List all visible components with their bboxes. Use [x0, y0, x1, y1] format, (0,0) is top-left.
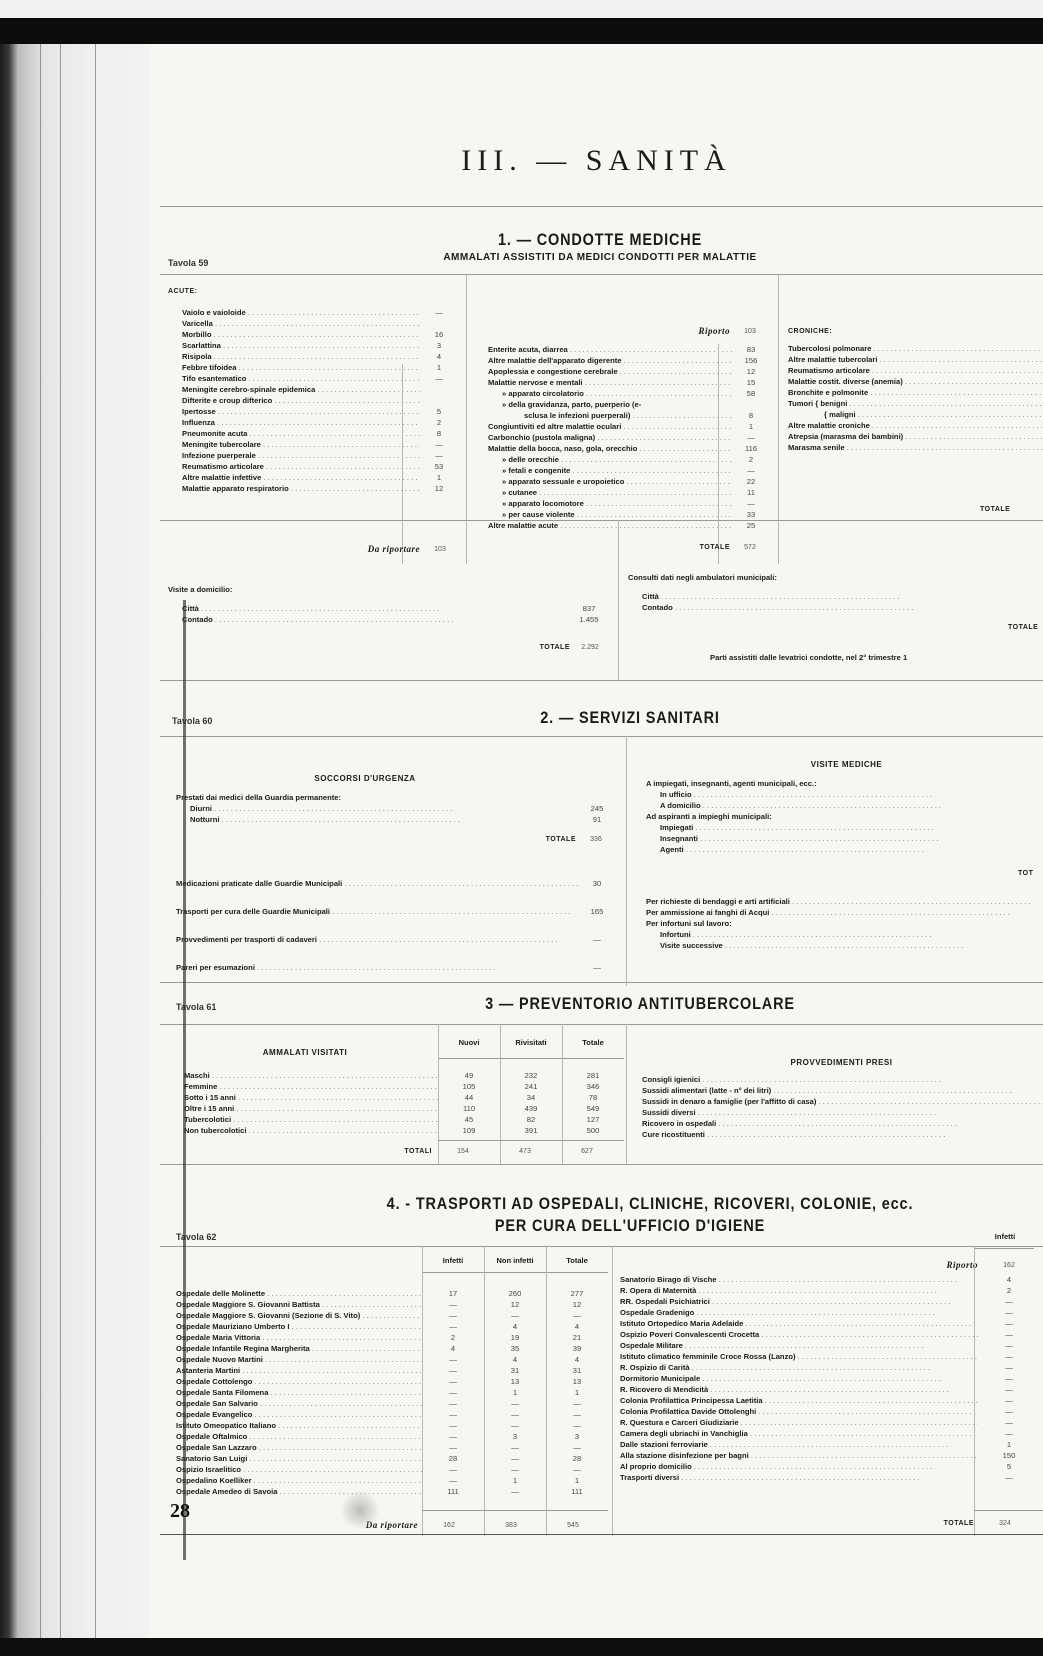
visite-domicilio-list: Visite a domicilio: Città837 Contado1.45… — [168, 584, 608, 625]
divider — [160, 680, 1043, 681]
table-row: Altre malattie infettive1 — [168, 472, 458, 483]
acute-list-2: Enterite acuta, diarrea83 Altre malattie… — [488, 344, 770, 531]
table-row: Diurni245 — [176, 803, 616, 814]
scan-top-border — [0, 0, 1043, 18]
scan-smudge — [340, 1490, 380, 1530]
divider — [160, 274, 1043, 275]
ammalati-heading: AMMALATI VISITATI — [180, 1048, 430, 1057]
table-row: Astanteria Martini—3131 — [176, 1365, 608, 1376]
total-row: TOTALE — [1008, 624, 1038, 631]
table-row: Città — [628, 591, 1043, 602]
table-row: Città837 — [168, 603, 608, 614]
total-row: TOT — [1018, 870, 1033, 877]
table-row: Ospedale San Lazzaro——— — [176, 1442, 608, 1453]
column-rule — [562, 1024, 563, 1164]
total-row: TOTALE 324 — [850, 1520, 1036, 1527]
divider — [160, 1024, 1043, 1025]
column-rule — [484, 1246, 485, 1536]
acute-heading: ACUTE: — [168, 286, 458, 297]
table-row: Colonia Profilattica Davide Ottolenghi— — [620, 1406, 1040, 1417]
table-row: R. Questura e Carceri Giudiziarie— — [620, 1417, 1040, 1428]
scan-dark-band — [0, 18, 1043, 44]
table-row: » apparato sessuale e uropoietico22 — [488, 476, 770, 487]
table-row: Ospizio Poveri Convalescenti Crocetta— — [620, 1329, 1040, 1340]
provvedimenti-list: Consigli igienici Sussidi alimentari (la… — [642, 1074, 1043, 1140]
table-row: Congiuntiviti ed altre malattie oculari1 — [488, 421, 770, 432]
table-row: Reumatismo articolare53 — [168, 461, 458, 472]
table-row: Impiegati — [646, 822, 1043, 833]
croniche-list: CRONICHE: Tubercolosi polmonare Altre ma… — [788, 326, 1043, 453]
spine-line — [60, 44, 61, 1656]
table-row: Altre malattie acute25 — [488, 520, 770, 531]
table-row: Visite successive — [646, 940, 1043, 951]
table-row: Ospedale Nuovo Martini—44 — [176, 1354, 608, 1365]
table-row: » cutanee11 — [488, 487, 770, 498]
table-row: Trasporti diversi— — [620, 1472, 1040, 1483]
table-row: Alla stazione disinfezione per bagni150 — [620, 1450, 1040, 1461]
table-row: Morbillo16 — [168, 329, 458, 340]
parti-line: Parti assistiti dalle levatrici condotte… — [710, 652, 1043, 663]
table-row: Ospizio Israelitico——— — [176, 1464, 608, 1475]
table-row: R. Opera di Maternità2 — [620, 1285, 1040, 1296]
soccorsi-list: Prestati dai medici della Guardia perman… — [176, 792, 616, 825]
column-rule — [626, 1024, 627, 1164]
book-spine-shadow — [0, 44, 150, 1656]
column-headers: Infetti — [974, 1232, 1036, 1241]
table-row: Trasporti per cura delle Guardie Municip… — [176, 898, 616, 926]
table-row: Cure ricostituenti — [642, 1129, 1043, 1140]
scan-bottom-band — [0, 1638, 1043, 1656]
table-row: Ospedale delle Molinette17260277 — [176, 1288, 608, 1299]
column-rule — [974, 1246, 975, 1536]
table-row: Ipertosse5 — [168, 406, 458, 417]
table-row: Meningite cerebro-spinale epidemica — [168, 384, 458, 395]
section-4-title: 4. - TRASPORTI AD OSPEDALI, CLINICHE, RI… — [378, 1194, 922, 1214]
table-row: Difterite e croup difterico — [168, 395, 458, 406]
table-row: Ospedale Mauriziano Umberto I—44 — [176, 1321, 608, 1332]
table-row: Tubercolotici4582127 — [184, 1114, 624, 1125]
table-row: Meningite tubercolare— — [168, 439, 458, 450]
table-row: Insegnanti — [646, 833, 1043, 844]
table-row: » della gravidanza, parto, puerperio (e- — [488, 399, 770, 410]
table-row: Malattie della bocca, naso, gola, orecch… — [488, 443, 770, 454]
table-row: Enterite acuta, diarrea83 — [488, 344, 770, 355]
table-row: Camera degli ubriachi in Vanchiglia— — [620, 1428, 1040, 1439]
table-row: Sanatorio San Luigi28—28 — [176, 1453, 608, 1464]
table-row: Carbonchio (pustola maligna)— — [488, 432, 770, 443]
consulti-heading: Consulti dati negli ambulatori municipal… — [628, 572, 1043, 583]
spine-line — [95, 44, 96, 1656]
table-row: Risipola4 — [168, 351, 458, 362]
table-row: Infortuni — [646, 929, 1043, 940]
divider — [438, 1058, 624, 1059]
table-row: sclusa le infezioni puerperali)8 — [488, 410, 770, 421]
carry-row: Da riportare 103 — [280, 544, 460, 554]
table-row: Infezione puerperale— — [168, 450, 458, 461]
total-row: TOTALE 2.292 — [460, 644, 610, 651]
visite-mediche-list: A impiegati, insegnanti, agenti municipa… — [646, 778, 1043, 855]
riporto-row: Riporto 103 — [480, 326, 770, 336]
section-1-subtitle: AMMALATI ASSISTITI DA MEDICI CONDOTTI PE… — [350, 252, 850, 263]
column-rule — [718, 344, 719, 564]
table-row: Altre malattie croniche — [788, 420, 1043, 431]
table-row: R. Ricovero di Mendicità— — [620, 1384, 1040, 1395]
table-row: A domicilio — [646, 800, 1043, 811]
provvedimenti-heading: PROVVEDIMENTI PRESI — [640, 1058, 1043, 1067]
table-row: Ospedale Infantile Regina Margherita4353… — [176, 1343, 608, 1354]
table-row: Scarlattina3 — [168, 340, 458, 351]
table-row: Vaiolo e vaioloide— — [168, 307, 458, 318]
column-headers: Nuovi Rivisitati Totale — [438, 1038, 624, 1047]
table-row: Ospedale Militare— — [620, 1340, 1040, 1351]
croniche-heading: CRONICHE: — [788, 326, 1043, 337]
table-row: Istituto climatico femminile Croce Rossa… — [620, 1351, 1040, 1362]
table-row: Maschi49232281 — [184, 1070, 624, 1081]
totals-row: TOTALI 154 473 627 — [350, 1148, 618, 1155]
table-row: Non tubercolotici109391500 — [184, 1125, 624, 1136]
total-row: TOTALE 572 — [590, 544, 770, 551]
divider — [974, 1510, 1043, 1511]
table-row: » delle orecchie2 — [488, 454, 770, 465]
divider — [160, 520, 1043, 521]
trasporti-list-right: Sanatorio Birago di Vische4 R. Opera di … — [620, 1274, 1040, 1483]
table-row: Ospedale Cottolengo—1313 — [176, 1376, 608, 1387]
column-rule — [612, 1246, 613, 1536]
riporto-row: Riporto 162 — [810, 1260, 1040, 1270]
document-page: III. — SANITÀ 1. — CONDOTTE MEDICHE AMMA… — [150, 44, 1043, 1656]
table-row: Colonia Profilattica Principessa Laetiti… — [620, 1395, 1040, 1406]
divider — [160, 736, 1043, 737]
table-row: In ufficio — [646, 789, 1043, 800]
table-row: Per ammissione ai fanghi di Acqui — [646, 907, 1043, 918]
column-rule — [402, 364, 403, 564]
table-row: { maligni — [788, 409, 1043, 420]
table-row: Apoplessia e congestione cerebrale12 — [488, 366, 770, 377]
table-row: Per richieste di bendaggi e arti artific… — [646, 896, 1043, 907]
column-headers: Infetti Non infetti Totale — [422, 1256, 608, 1265]
trasporti-list-left: Ospedale delle Molinette17260277 Ospedal… — [176, 1288, 608, 1497]
visite-mediche-other-list: Per richieste di bendaggi e arti artific… — [646, 896, 1043, 951]
divider — [160, 1534, 1043, 1535]
table-row: Ricovero in ospedali — [642, 1118, 1043, 1129]
table-row: Atrepsia (marasma dei bambini) — [788, 431, 1043, 442]
divider — [438, 1140, 624, 1141]
divider — [160, 1246, 1043, 1247]
section-3-title: 3 — PREVENTORIO ANTITUBERCOLARE — [445, 994, 836, 1014]
table-row: Ospedale Gradenigo— — [620, 1307, 1040, 1318]
table-row: Oltre i 15 anni110439549 — [184, 1103, 624, 1114]
table-row: Varicella — [168, 318, 458, 329]
table-row: Istituto Omeopatico Italiano——— — [176, 1420, 608, 1431]
table-row: Malattie nervose e mentali15 — [488, 377, 770, 388]
page-margin-rule — [183, 600, 186, 1560]
table-row: Istituto Ortopedico Maria Adelaide— — [620, 1318, 1040, 1329]
page-title: III. — SANITÀ — [150, 144, 1043, 178]
column-rule — [438, 1024, 439, 1164]
section-4-subtitle: PER CURA DELL'UFFICIO D'IGIENE — [443, 1216, 817, 1236]
table-row: Ospedale Maggiore S. Giovanni Battista—1… — [176, 1299, 608, 1310]
tavola-label: Tavola 60 — [172, 716, 212, 726]
acute-list-1: ACUTE: Vaiolo e vaioloide— Varicella Mor… — [168, 286, 458, 494]
table-row: Tubercolosi polmonare — [788, 343, 1043, 354]
column-rule — [500, 1024, 501, 1164]
table-row: Medicazioni praticate dalle Guardie Muni… — [176, 870, 616, 898]
table-row: Pneumonite acuta8 — [168, 428, 458, 439]
table-row: Contado1.455 — [168, 614, 608, 625]
table-row: RR. Ospedali Psichiatrici— — [620, 1296, 1040, 1307]
table-row: Pareri per esumazioni— — [176, 954, 616, 982]
soccorsi-heading: SOCCORSI D'URGENZA — [200, 774, 530, 783]
visite-heading: Visite a domicilio: — [168, 584, 608, 595]
table-row: Ospedale San Salvario——— — [176, 1398, 608, 1409]
table-row: Tumori { benigni — [788, 398, 1043, 409]
table-row: Dormitorio Municipale— — [620, 1373, 1040, 1384]
tavola-label: Tavola 59 — [168, 258, 208, 268]
table-row: Ospedalino Koelliker—11 — [176, 1475, 608, 1486]
table-row: Sussidi alimentari (latte - n° dei litri… — [642, 1085, 1043, 1096]
divider — [160, 982, 1043, 983]
divider — [160, 206, 1043, 207]
spine-line — [40, 44, 41, 1656]
consulti-list: Consulti dati negli ambulatori municipal… — [628, 572, 1043, 613]
total-row: TOTALE 336 — [470, 836, 616, 843]
column-rule — [626, 736, 627, 986]
table-row: Tifo esantematico— — [168, 373, 458, 384]
divider — [422, 1510, 608, 1511]
table-row: R. Ospizio di Carità— — [620, 1362, 1040, 1373]
visite-mediche-heading: VISITE MEDICHE — [650, 760, 1043, 769]
table-row: Notturni91 — [176, 814, 616, 825]
column-rule — [546, 1246, 547, 1536]
table-row: Altre malattie tubercolari — [788, 354, 1043, 365]
table-row: Sussidi in denaro a famiglie (per l'affi… — [642, 1096, 1043, 1107]
section-2-title: 2. — SERVIZI SANITARI — [477, 708, 783, 728]
table-row: Ospedale Maggiore S. Giovanni (Sezione d… — [176, 1310, 608, 1321]
table-row: Consigli igienici — [642, 1074, 1043, 1085]
table-row: Influenza2 — [168, 417, 458, 428]
table-row: Contado — [628, 602, 1043, 613]
table-row: Ospedale Amedeo di Savoia111—111 — [176, 1486, 608, 1497]
table-row: Ospedale Oftalmico—33 — [176, 1431, 608, 1442]
divider — [974, 1248, 1034, 1249]
column-rule — [618, 520, 619, 680]
table-row: Provvedimenti per trasporti di cadaveri— — [176, 926, 616, 954]
ammalati-list: Maschi49232281 Femmine105241346 Sotto i … — [184, 1070, 624, 1136]
table-row: Ospedale Evangelico——— — [176, 1409, 608, 1420]
page-number: 28 — [170, 1500, 190, 1523]
column-rule — [422, 1246, 423, 1536]
table-row: Sotto i 15 anni443478 — [184, 1092, 624, 1103]
table-row: Sanatorio Birago di Vische4 — [620, 1274, 1040, 1285]
table-row: Agenti — [646, 844, 1043, 855]
table-row: Ospedale Maria Vittoria21921 — [176, 1332, 608, 1343]
divider — [422, 1272, 608, 1273]
table-row: Reumatismo articolare — [788, 365, 1043, 376]
table-row: Femmine105241346 — [184, 1081, 624, 1092]
table-row: Febbre tifoidea1 — [168, 362, 458, 373]
table-row: Bronchite e polmonite — [788, 387, 1043, 398]
table-row: Malattie costit. diverse (anemia) — [788, 376, 1043, 387]
table-row: Al proprio domicilio5 — [620, 1461, 1040, 1472]
table-row: » per cause violente33 — [488, 509, 770, 520]
table-row: Sussidi diversi — [642, 1107, 1043, 1118]
divider — [160, 1164, 1043, 1165]
section-1-title: 1. — CONDOTTE MEDICHE — [388, 230, 813, 250]
total-row: TOTALE — [980, 506, 1010, 513]
table-row: Ospedale Santa Filomena—11 — [176, 1387, 608, 1398]
table-row: » apparato circolatorio58 — [488, 388, 770, 399]
table-row: » apparato locomotore— — [488, 498, 770, 509]
table-row: Malattie apparato respiratorio12 — [168, 483, 458, 494]
table-row: » fetali e congenite— — [488, 465, 770, 476]
soccorsi-other-list: Medicazioni praticate dalle Guardie Muni… — [176, 870, 616, 982]
table-row: Altre malattie dell'apparato digerente15… — [488, 355, 770, 366]
table-row: Dalle stazioni ferroviarie1 — [620, 1439, 1040, 1450]
table-row: Marasma senile — [788, 442, 1043, 453]
